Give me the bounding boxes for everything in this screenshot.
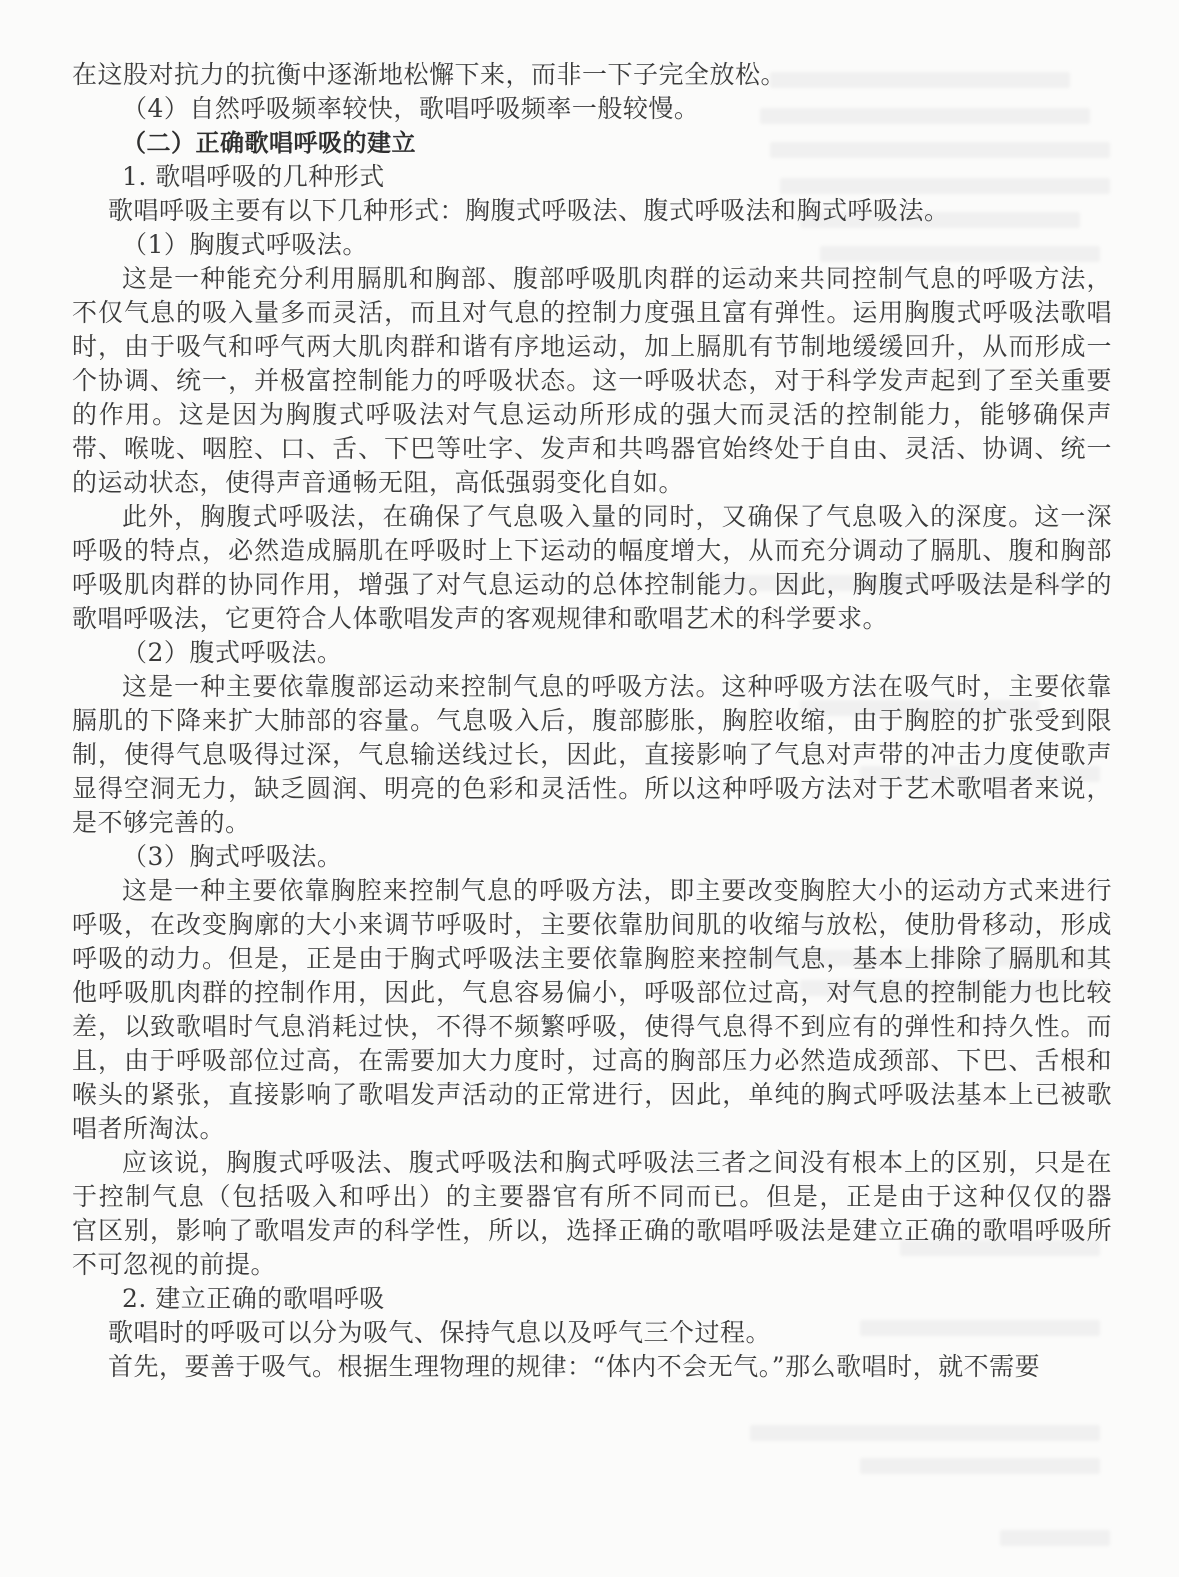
text-line: 官区别，影响了歌唱发声的科学性，所以，选择正确的歌唱呼吸法是建立正确的歌唱呼吸所: [72, 1214, 1112, 1248]
document-page: 在这股对抗力的抗衡中逐渐地松懈下来，而非一下子完全放松。（4）自然呼吸频率较快，…: [72, 58, 1112, 1384]
text-line: 歌唱时的呼吸可以分为吸气、保持气息以及呼气三个过程。: [72, 1316, 1112, 1350]
text-line: 这是一种主要依靠腹部运动来控制气息的呼吸方法。这种呼吸方法在吸气时，主要依靠: [72, 670, 1112, 704]
text-line: 带、喉咙、咽腔、口、舌、下巴等吐字、发声和共鸣器官始终处于自由、灵活、协调、统一: [72, 432, 1112, 466]
text-line: 1. 歌唱呼吸的几种形式: [72, 160, 1112, 194]
text-line: 首先，要善于吸气。根据生理物理的规律：“体内不会无气。”那么歌唱时，就不需要: [72, 1350, 1112, 1384]
text-line: 在这股对抗力的抗衡中逐渐地松懈下来，而非一下子完全放松。: [72, 58, 1112, 92]
text-line: 个协调、统一，并极富控制能力的呼吸状态。这一呼吸状态，对于科学发声起到了至关重要: [72, 364, 1112, 398]
text-line: （4）自然呼吸频率较快，歌唱呼吸频率一般较慢。: [72, 92, 1112, 126]
text-line: 不可忽视的前提。: [72, 1248, 1112, 1282]
text-line: 2. 建立正确的歌唱呼吸: [72, 1282, 1112, 1316]
text-line: 且，由于呼吸部位过高，在需要加大力度时，过高的胸部压力必然造成颈部、下巴、舌根和: [72, 1044, 1112, 1078]
text-line: 呼吸的特点，必然造成膈肌在呼吸时上下运动的幅度增大，从而充分调动了膈肌、腹和胸部: [72, 534, 1112, 568]
text-line: 这是一种能充分利用膈肌和胸部、腹部呼吸肌肉群的运动来共同控制气息的呼吸方法，: [72, 262, 1112, 296]
text-line: 膈肌的下降来扩大肺部的容量。气息吸入后，腹部膨胀，胸腔收缩，由于胸腔的扩张受到限: [72, 704, 1112, 738]
text-line: 呼吸的动力。但是，正是由于胸式呼吸法主要依靠胸腔来控制气息，基本上排除了膈肌和其: [72, 942, 1112, 976]
text-line: （3）胸式呼吸法。: [72, 840, 1112, 874]
text-line: （2）腹式呼吸法。: [72, 636, 1112, 670]
text-line: 应该说，胸腹式呼吸法、腹式呼吸法和胸式呼吸法三者之间没有根本上的区别，只是在: [72, 1146, 1112, 1180]
text-line: 歌唱呼吸法，它更符合人体歌唱发声的客观规律和歌唱艺术的科学要求。: [72, 602, 1112, 636]
text-line: 不仅气息的吸入量多而灵活，而且对气息的控制力度强且富有弹性。运用胸腹式呼吸法歌唱: [72, 296, 1112, 330]
text-line: 的运动状态，使得声音通畅无阻，高低强弱变化自如。: [72, 466, 1112, 500]
text-line: 喉头的紧张，直接影响了歌唱发声活动的正常进行，因此，单纯的胸式呼吸法基本上已被歌: [72, 1078, 1112, 1112]
text-line: 歌唱呼吸主要有以下几种形式：胸腹式呼吸法、腹式呼吸法和胸式呼吸法。: [72, 194, 1112, 228]
text-line: （1）胸腹式呼吸法。: [72, 228, 1112, 262]
text-line: 这是一种主要依靠胸腔来控制气息的呼吸方法，即主要改变胸腔大小的运动方式来进行: [72, 874, 1112, 908]
text-line: 的作用。这是因为胸腹式呼吸法对气息运动所形成的强大而灵活的控制能力，能够确保声: [72, 398, 1112, 432]
text-line: 显得空洞无力，缺乏圆润、明亮的色彩和灵活性。所以这种呼吸方法对于艺术歌唱者来说，: [72, 772, 1112, 806]
text-line: 是不够完善的。: [72, 806, 1112, 840]
text-line: 此外，胸腹式呼吸法，在确保了气息吸入量的同时，又确保了气息吸入的深度。这一深: [72, 500, 1112, 534]
text-line: 差，以致歌唱时气息消耗过快，不得不频繁呼吸，使得气息得不到应有的弹性和持久性。而: [72, 1010, 1112, 1044]
text-line: 唱者所淘汰。: [72, 1112, 1112, 1146]
text-line: 呼吸肌肉群的协同作用，增强了对气息运动的总体控制能力。因此，胸腹式呼吸法是科学的: [72, 568, 1112, 602]
text-line: 时，由于吸气和呼气两大肌肉群和谐有序地运动，加上膈肌有节制地缓缓回升，从而形成一: [72, 330, 1112, 364]
text-line: 制，使得气息吸得过深，气息输送线过长，因此，直接影响了气息对声带的冲击力度使歌声: [72, 738, 1112, 772]
section-heading: （二）正确歌唱呼吸的建立: [72, 126, 1112, 160]
text-line: 他呼吸肌肉群的控制作用，因此，气息容易偏小，呼吸部位过高，对气息的控制能力也比较: [72, 976, 1112, 1010]
text-line: 呼吸，在改变胸廓的大小来调节呼吸时，主要依靠肋间肌的收缩与放松，使肋骨移动，形成: [72, 908, 1112, 942]
text-line: 于控制气息（包括吸入和呼出）的主要器官有所不同而已。但是，正是由于这种仅仅的器: [72, 1180, 1112, 1214]
